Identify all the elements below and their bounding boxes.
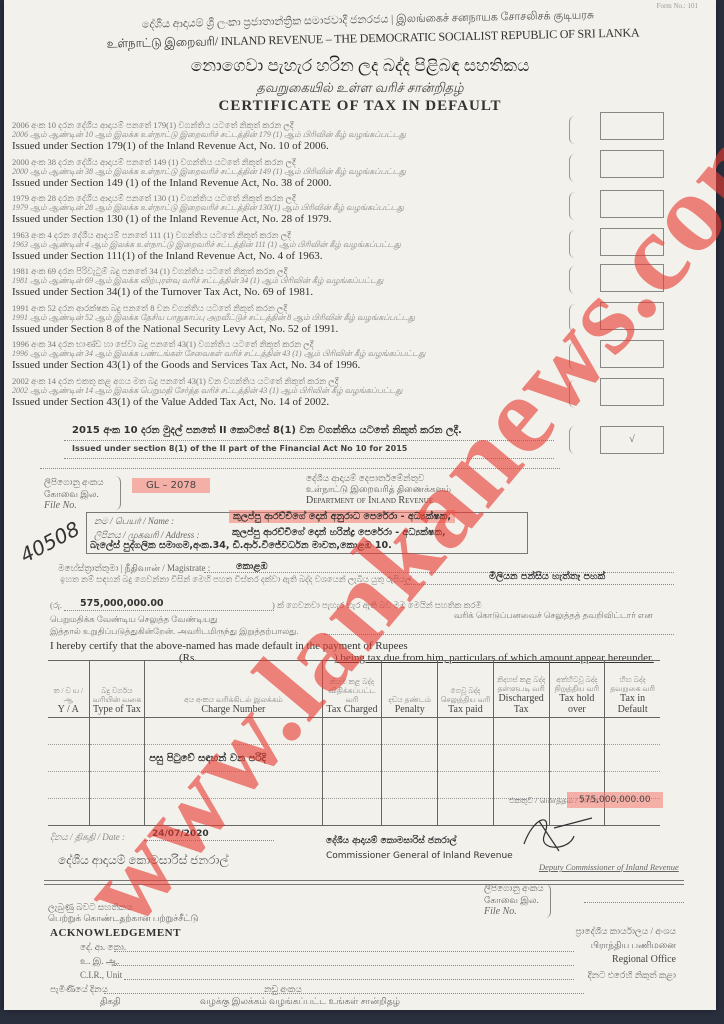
brace-icon: [569, 342, 578, 370]
department-name: දේශීය ආදායම් දෙපාර්තමේන්තුව உள்நாட்டு இற…: [306, 473, 451, 506]
table-cell: [438, 745, 494, 772]
table-cell: [438, 799, 494, 826]
table-cell: [322, 772, 382, 799]
column-header: අය අංකය வரிக்கிடல் இலக்கம்Charge Number: [145, 661, 322, 718]
taxpayer-address: කුලප්පු ආරච්චිගේ දොන් හරින්ද්‍ර පෙරේරා -…: [232, 527, 446, 538]
column-header: ත / ව ய / ஆY / A: [48, 661, 89, 718]
commissioner-sinhala: දේශීය ආදායම් කොමසාරිස් ජනරාල්: [326, 836, 457, 846]
table-cell: [549, 745, 605, 772]
brace-icon: [114, 476, 121, 510]
brace-icon: [569, 192, 578, 220]
section-checkbox[interactable]: [600, 228, 664, 256]
section-checkbox[interactable]: [600, 378, 664, 406]
table-cell: [145, 772, 322, 799]
date-label: දිනය / திகதி / Date :: [50, 832, 125, 844]
handwritten-reference: 40508: [16, 516, 83, 567]
table-row: [48, 718, 660, 745]
acknowledgement-title: ACKNOWLEDGEMENT: [50, 927, 181, 939]
table-cell: [605, 718, 660, 745]
column-header: අත්හිටවූ බද්ද நிறுத்திய வரிTax hold over: [549, 661, 605, 718]
brace-icon: [569, 426, 578, 454]
brace-icon: [569, 154, 578, 182]
legal-sections-list: 2006 අංක 10 දරන දේශීය ආදායම් පනතේ 179(1)…: [12, 120, 552, 412]
table-cell: [549, 718, 605, 745]
table-cell: [48, 799, 89, 826]
financial-act-checkbox[interactable]: √: [600, 426, 664, 454]
table-cell: [382, 772, 438, 799]
section-checkbox[interactable]: [600, 302, 664, 330]
table-cell: [438, 718, 494, 745]
company-address: බැලේස් පුද්ගලික සමාගම,අංක.34, ඩී.ආර්.විජ…: [90, 540, 392, 551]
commissioner-english: Commissioner General of Inland Revenue: [326, 851, 513, 861]
file-number-label: ලිපිගොනු අංකය கோவை இல. File No.: [44, 476, 104, 512]
certification-text: I hereby certify that the above-named ha…: [50, 640, 408, 652]
column-header: නිදහස් කළ බද්ද தள்ளுபடி வரிDischarged Ta…: [493, 661, 549, 718]
table-row: පසු පිටුවේ සඳහන් වන පරිදි: [48, 745, 660, 772]
table-cell: [493, 745, 549, 772]
table-cell: [89, 772, 145, 799]
table-cell: [48, 745, 89, 772]
financial-act-sinhala: 2015 අංක 10 දරන මුදල් පනතේ II කොටසේ 8(1)…: [72, 425, 462, 436]
section-checkbox[interactable]: [600, 150, 664, 178]
column-header: දඩය தண்டம்Penalty: [382, 661, 438, 718]
table-cell: පසු පිටුවේ සඳහන් වන පරිදි: [145, 745, 322, 772]
legal-section: 2006 අංක 10 දරන දේශීය ආදායම් පනතේ 179(1)…: [12, 120, 552, 157]
file-number-value: GL – 2078: [132, 478, 210, 493]
table-cell: [48, 718, 89, 745]
table-cell: [89, 745, 145, 772]
amount-words-intro: ඉහත නම් සඳහන් බදු ගෙවන්නා විසින් මෙහි පහ…: [60, 574, 412, 585]
legal-section: 1996 අංක 34 දරන භාණ්ඩ හා සේවා බදු පනතේ 4…: [12, 339, 552, 376]
section-checkbox[interactable]: [600, 112, 664, 140]
brace-icon: [569, 230, 578, 258]
title-sinhala: නොගෙවා පැහැර හරින ලද බද්ද පිළිබඳ සහතිකය: [4, 56, 716, 76]
deputy-commissioner: Deputy Commissioner of Inland Revenue: [539, 862, 679, 872]
column-header: නියම කළ බද්ද விதிக்கப்பட்ட வரிTax Charge…: [322, 661, 382, 718]
column-header: ගෙවූ බද්ද செலுத்திய வரிTax paid: [438, 661, 494, 718]
legal-section: 1963 අංක 4 දරන දේශීය ආදායම් පනතේ 111 (1)…: [12, 230, 552, 267]
magistrate-value: කොළඹ: [236, 561, 268, 572]
table-cell: [48, 772, 89, 799]
section-checkbox[interactable]: [600, 264, 664, 292]
date-value: 24/07/2020: [152, 829, 209, 839]
ack-file-label: ලිපිගොනු අංකය கோவை இல. File No.: [484, 882, 544, 918]
taxpayer-name: කුලප්පු ආරච්චිගේ දොන් අනුරාධ පෙරේරා - අධ…: [229, 510, 455, 523]
brace-icon: [569, 304, 578, 332]
section-checkbox[interactable]: [600, 190, 664, 218]
column-header: හිඟ බද්ද தவறுகை வரிTax in Default: [605, 661, 660, 718]
brace-icon: [544, 884, 551, 918]
legal-section: 2002 අංක 14 දරන එකතු කළ අගය මත බදු පනතේ …: [12, 376, 552, 413]
brace-icon: [569, 116, 578, 144]
table-cell: [89, 718, 145, 745]
title-tamil: தவறுகையில் உள்ள வரிச் சான்றிதழ்: [4, 80, 716, 97]
table-cell: [322, 718, 382, 745]
financial-act-english: Issued under section 8(1) of the II part…: [72, 444, 407, 453]
legal-section: 1991 අංක 52 දරන ආරක්ෂක බදු පනතේ 8 වන වගන…: [12, 303, 552, 340]
table-cell: [322, 745, 382, 772]
legal-section: 1981 අංක 69 දරන පිරිවැටුම් බදු පනතේ 34 (…: [12, 266, 552, 303]
signature-icon: [514, 806, 594, 856]
legal-section: 2000 අංක 38 දරන දේශීය ආදායම් පනතේ 149 (1…: [12, 157, 552, 194]
name-label: නම / பெயர் / Name :: [94, 516, 174, 528]
signatory-left: දේශීය ආදායම් කොමසාරිස් ජනරාල්: [58, 853, 229, 868]
table-cell: [493, 772, 549, 799]
legal-section: 1979 අංක 28 දරන දේශීය ආදායම් පනතේ 130 (1…: [12, 193, 552, 230]
table-cell: [382, 745, 438, 772]
brace-icon: [569, 266, 578, 294]
table-cell: [605, 745, 660, 772]
table-cell: [322, 799, 382, 826]
table-cell: [89, 799, 145, 826]
tax-certificate-document: Form No.: 101 දේශීය ආදායම් ශ්‍රී ලංකා ප්…: [4, 0, 716, 1010]
table-cell: [145, 718, 322, 745]
amount-in-words: මිලියන පන්සිය හැත්තෑ පහක්: [489, 571, 605, 582]
column-header: බදු වර්ගය வரியின் வகைType of Tax: [89, 661, 145, 718]
acknowledgement-local: ලැබුණු බවට සහතිකය பெற்றுக் கொண்டதற்கான ப…: [48, 902, 198, 924]
table-cell: [382, 718, 438, 745]
section-checkbox[interactable]: [600, 340, 664, 368]
table-cell: [382, 799, 438, 826]
table-cell: [145, 799, 322, 826]
table-cell: [438, 772, 494, 799]
table-cell: [493, 718, 549, 745]
brace-icon: [569, 380, 578, 408]
amount-in-figures: 575,000,000.00: [80, 598, 164, 609]
